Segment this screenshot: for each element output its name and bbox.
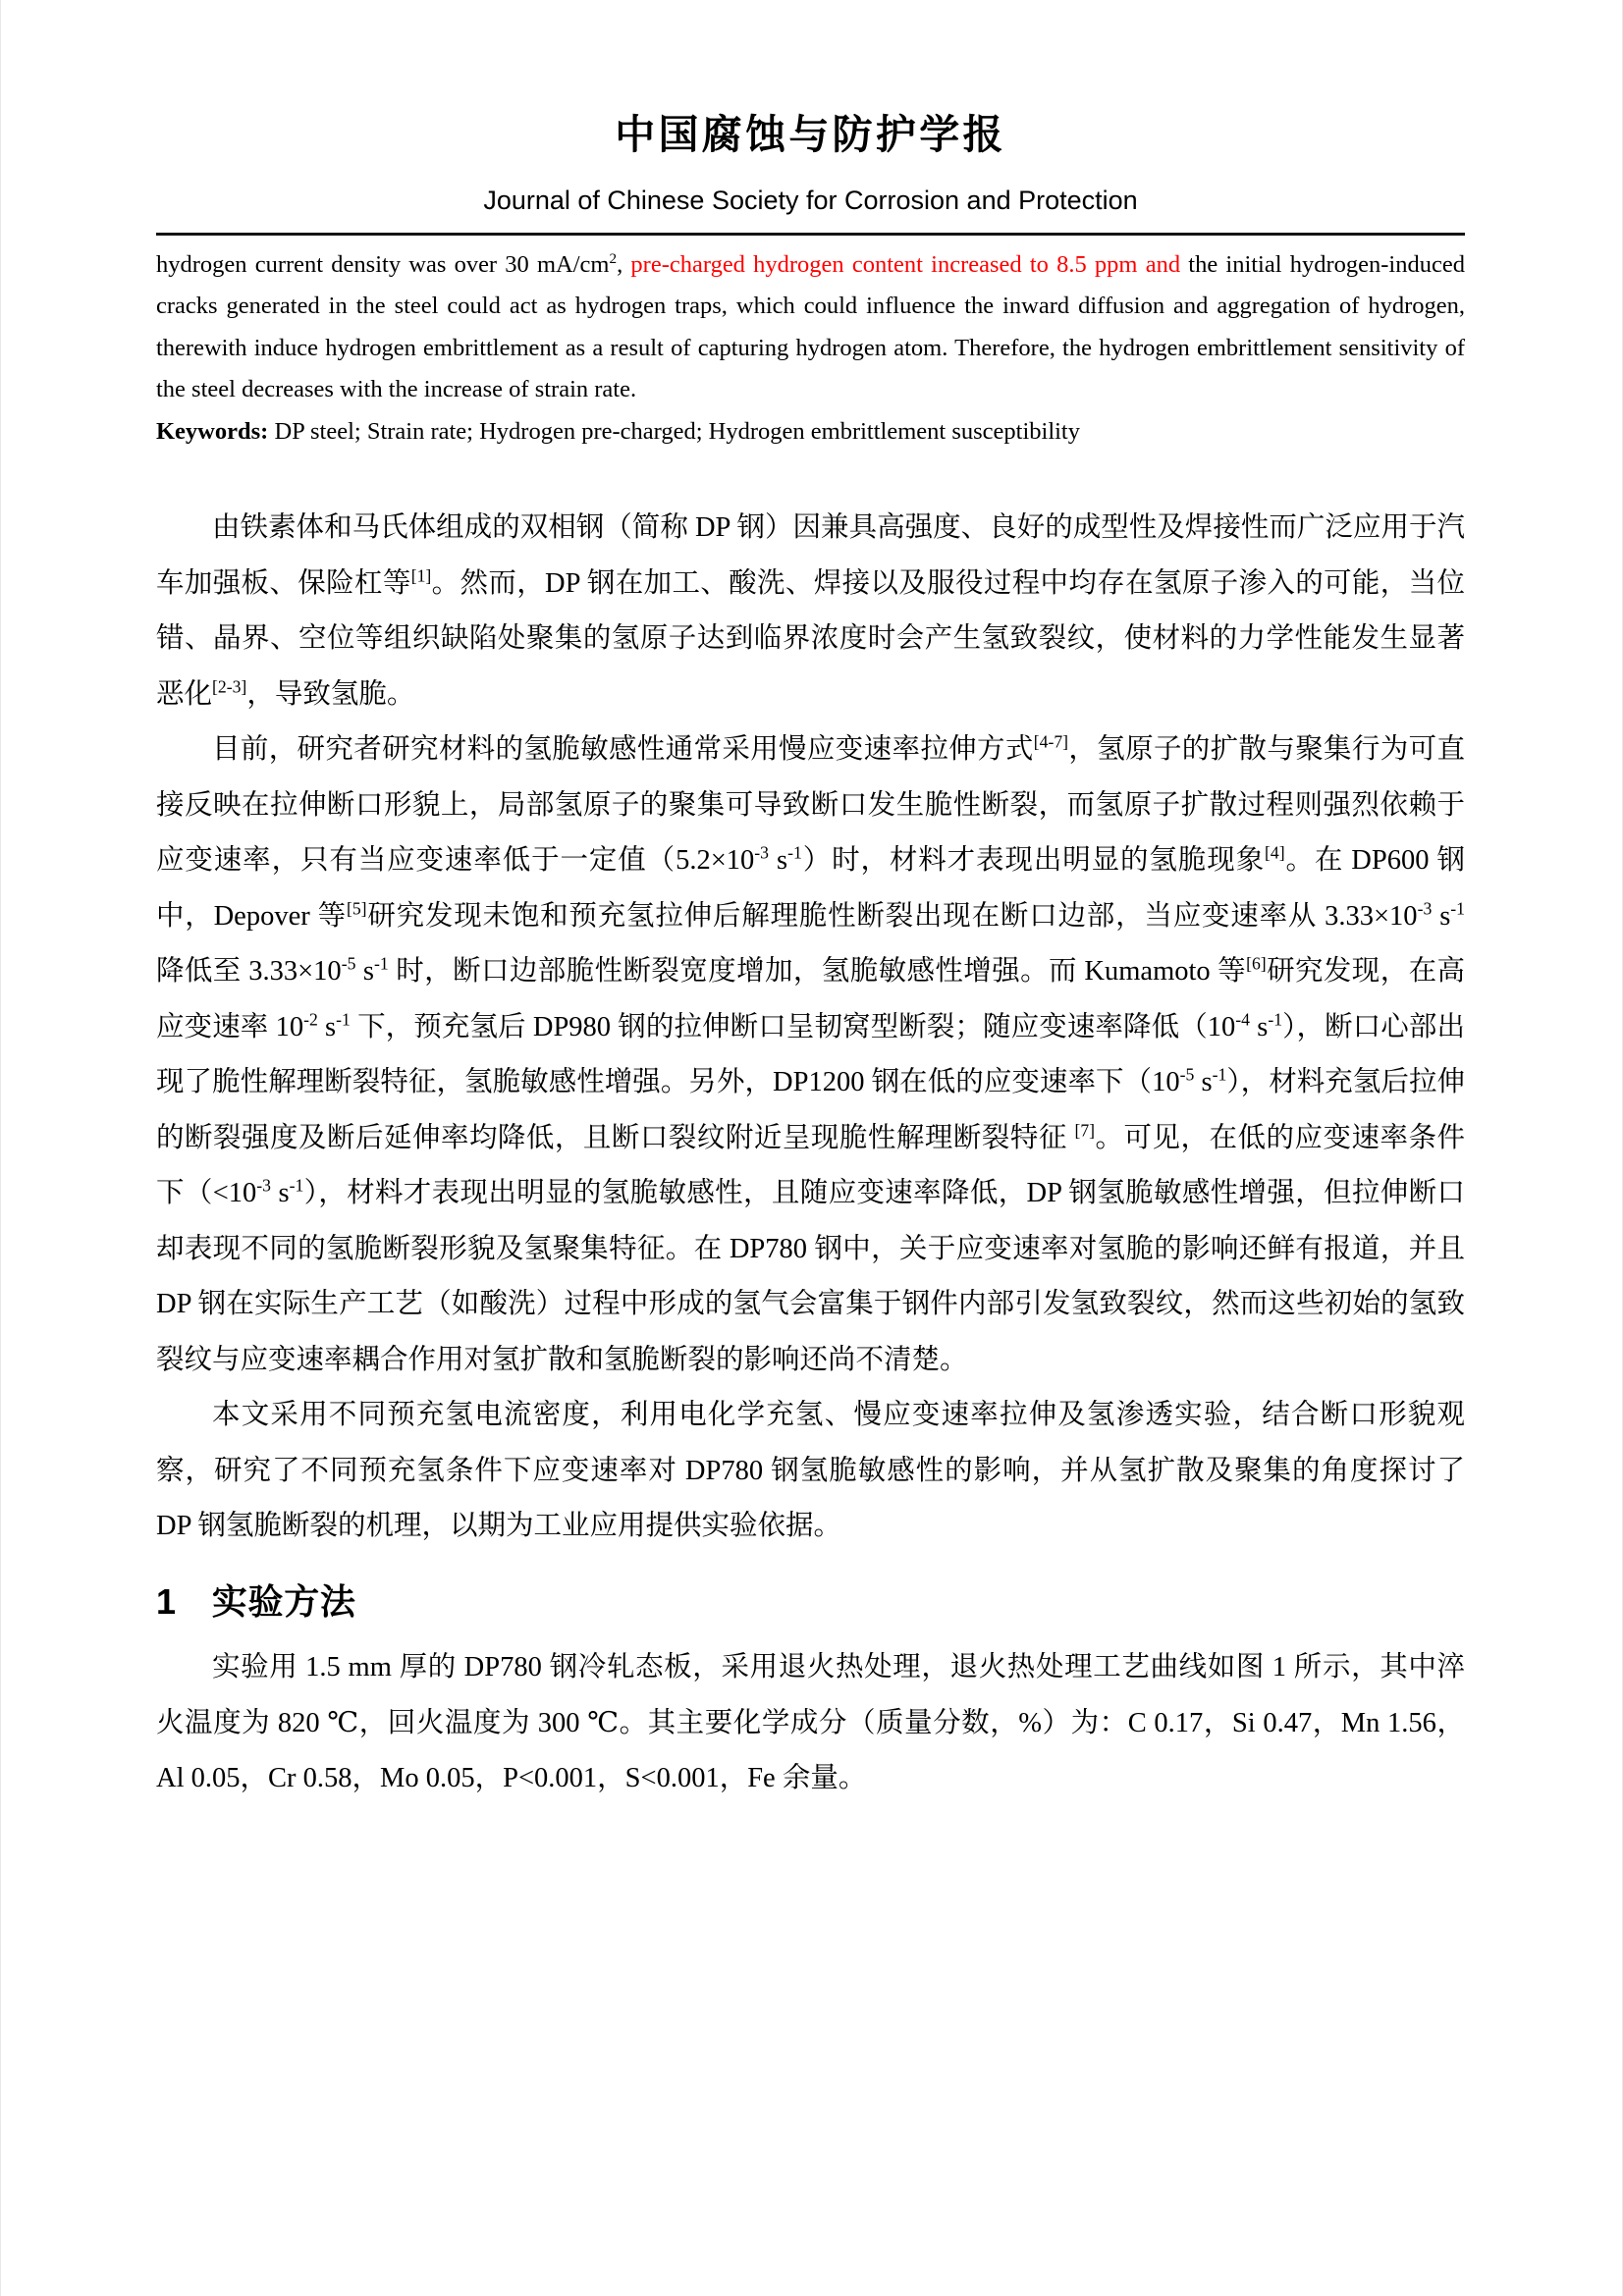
text-segment: s bbox=[1432, 901, 1450, 932]
text-segment: 实验用 1.5 mm 厚的 DP780 钢冷轧态板，采用退火热处理，退火热处理工… bbox=[156, 1652, 1465, 1793]
citation-superscript: -2 bbox=[303, 1009, 318, 1029]
text-segment: s bbox=[318, 1012, 336, 1042]
citation-superscript: [1] bbox=[411, 565, 432, 585]
citation-superscript: -3 bbox=[1418, 898, 1433, 918]
text-segment: , bbox=[617, 251, 630, 278]
text-segment: s bbox=[1194, 1067, 1212, 1097]
citation-superscript: -1 bbox=[787, 843, 802, 863]
journal-article-page: 中国腐蚀与防护学报 Journal of Chinese Society for… bbox=[0, 0, 1623, 2296]
article-body: hydrogen current density was over 30 mA/… bbox=[156, 244, 1465, 1807]
page-header: 中国腐蚀与防护学报 Journal of Chinese Society for… bbox=[156, 110, 1465, 236]
text-segment: 目前，研究者研究材料的氢脆敏感性通常采用慢应变速率拉伸方式 bbox=[212, 734, 1034, 765]
text-segment: 研究发现未饱和预充氢拉伸后解理脆性断裂出现在断口边部，当应变速率从 3.33×1… bbox=[367, 901, 1418, 932]
keywords-label: Keywords: bbox=[156, 418, 268, 445]
citation-superscript: -5 bbox=[342, 954, 356, 974]
citation-superscript: -4 bbox=[1235, 1009, 1250, 1029]
keywords-text: DP steel; Strain rate; Hydrogen pre-char… bbox=[268, 418, 1080, 445]
text-segment: ）时，材料才表现出明显的氢脆现象 bbox=[802, 845, 1265, 876]
text-segment: 本文采用不同预充氢电流密度，利用电化学充氢、慢应变速率拉伸及氢渗透实验，结合断口… bbox=[156, 1400, 1465, 1541]
citation-superscript: -3 bbox=[256, 1176, 271, 1196]
intro-paragraph-1: 由铁素体和马氏体组成的双相钢（简称 DP 钢）因兼具高强度、良好的成型性及焊接性… bbox=[156, 501, 1465, 722]
citation-superscript: -1 bbox=[374, 954, 389, 974]
journal-title-zh: 中国腐蚀与防护学报 bbox=[156, 110, 1465, 160]
section-number: 1 bbox=[156, 1581, 177, 1622]
citation-superscript: 2 bbox=[609, 249, 617, 266]
header-rule-divider bbox=[156, 233, 1465, 236]
citation-superscript: [6] bbox=[1246, 954, 1267, 974]
citation-superscript: -1 bbox=[290, 1176, 304, 1196]
text-segment: pre-charged hydrogen content increased t… bbox=[630, 251, 1180, 278]
citation-superscript: [2-3] bbox=[212, 676, 246, 696]
text-segment: ，导致氢脆。 bbox=[246, 679, 414, 710]
text-segment: ），材料才表现出明显的氢脆敏感性，且随应变速率降低，DP 钢氢脆敏感性增强，但拉… bbox=[156, 1178, 1465, 1375]
intro-paragraph-3: 本文采用不同预充氢电流密度，利用电化学充氢、慢应变速率拉伸及氢渗透实验，结合断口… bbox=[156, 1388, 1465, 1555]
citation-superscript: [5] bbox=[347, 898, 367, 918]
keywords-line: Keywords: DP steel; Strain rate; Hydroge… bbox=[156, 411, 1465, 454]
section-title: 实验方法 bbox=[212, 1581, 356, 1622]
text-segment: s bbox=[769, 845, 787, 876]
citation-superscript: -1 bbox=[336, 1009, 351, 1029]
method-paragraph-1: 实验用 1.5 mm 厚的 DP780 钢冷轧态板，采用退火热处理，退火热处理工… bbox=[156, 1640, 1465, 1807]
text-segment: s bbox=[271, 1178, 290, 1208]
citation-superscript: [4-7] bbox=[1034, 732, 1068, 752]
text-segment: 下，预充氢后 DP980 钢的拉伸断口呈韧窝型断裂；随应变速率降低（10 bbox=[351, 1012, 1235, 1042]
citation-superscript: -1 bbox=[1268, 1009, 1282, 1029]
citation-superscript: [7] bbox=[1074, 1120, 1095, 1140]
citation-superscript: -3 bbox=[754, 843, 769, 863]
intro-paragraph-2: 目前，研究者研究材料的氢脆敏感性通常采用慢应变速率拉伸方式[4-7]，氢原子的扩… bbox=[156, 722, 1465, 1388]
text-segment: s bbox=[1250, 1012, 1268, 1042]
citation-superscript: [4] bbox=[1265, 843, 1285, 863]
journal-title-en: Journal of Chinese Society for Corrosion… bbox=[156, 185, 1465, 216]
citation-superscript: -1 bbox=[1213, 1065, 1227, 1085]
text-segment: hydrogen current density was over 30 mA/… bbox=[156, 251, 609, 278]
text-segment: s bbox=[355, 956, 374, 987]
citation-superscript: -5 bbox=[1180, 1065, 1195, 1085]
text-segment: 降低至 3.33×10 bbox=[156, 956, 342, 987]
abstract-continuation-paragraph: hydrogen current density was over 30 mA/… bbox=[156, 244, 1465, 411]
section-heading-experimental-method: 1实验方法 bbox=[156, 1579, 1465, 1626]
citation-superscript: -1 bbox=[1450, 898, 1465, 918]
text-segment: 时，断口边部脆性断裂宽度增加，氢脆敏感性增强。而 Kumamoto 等 bbox=[389, 956, 1246, 987]
